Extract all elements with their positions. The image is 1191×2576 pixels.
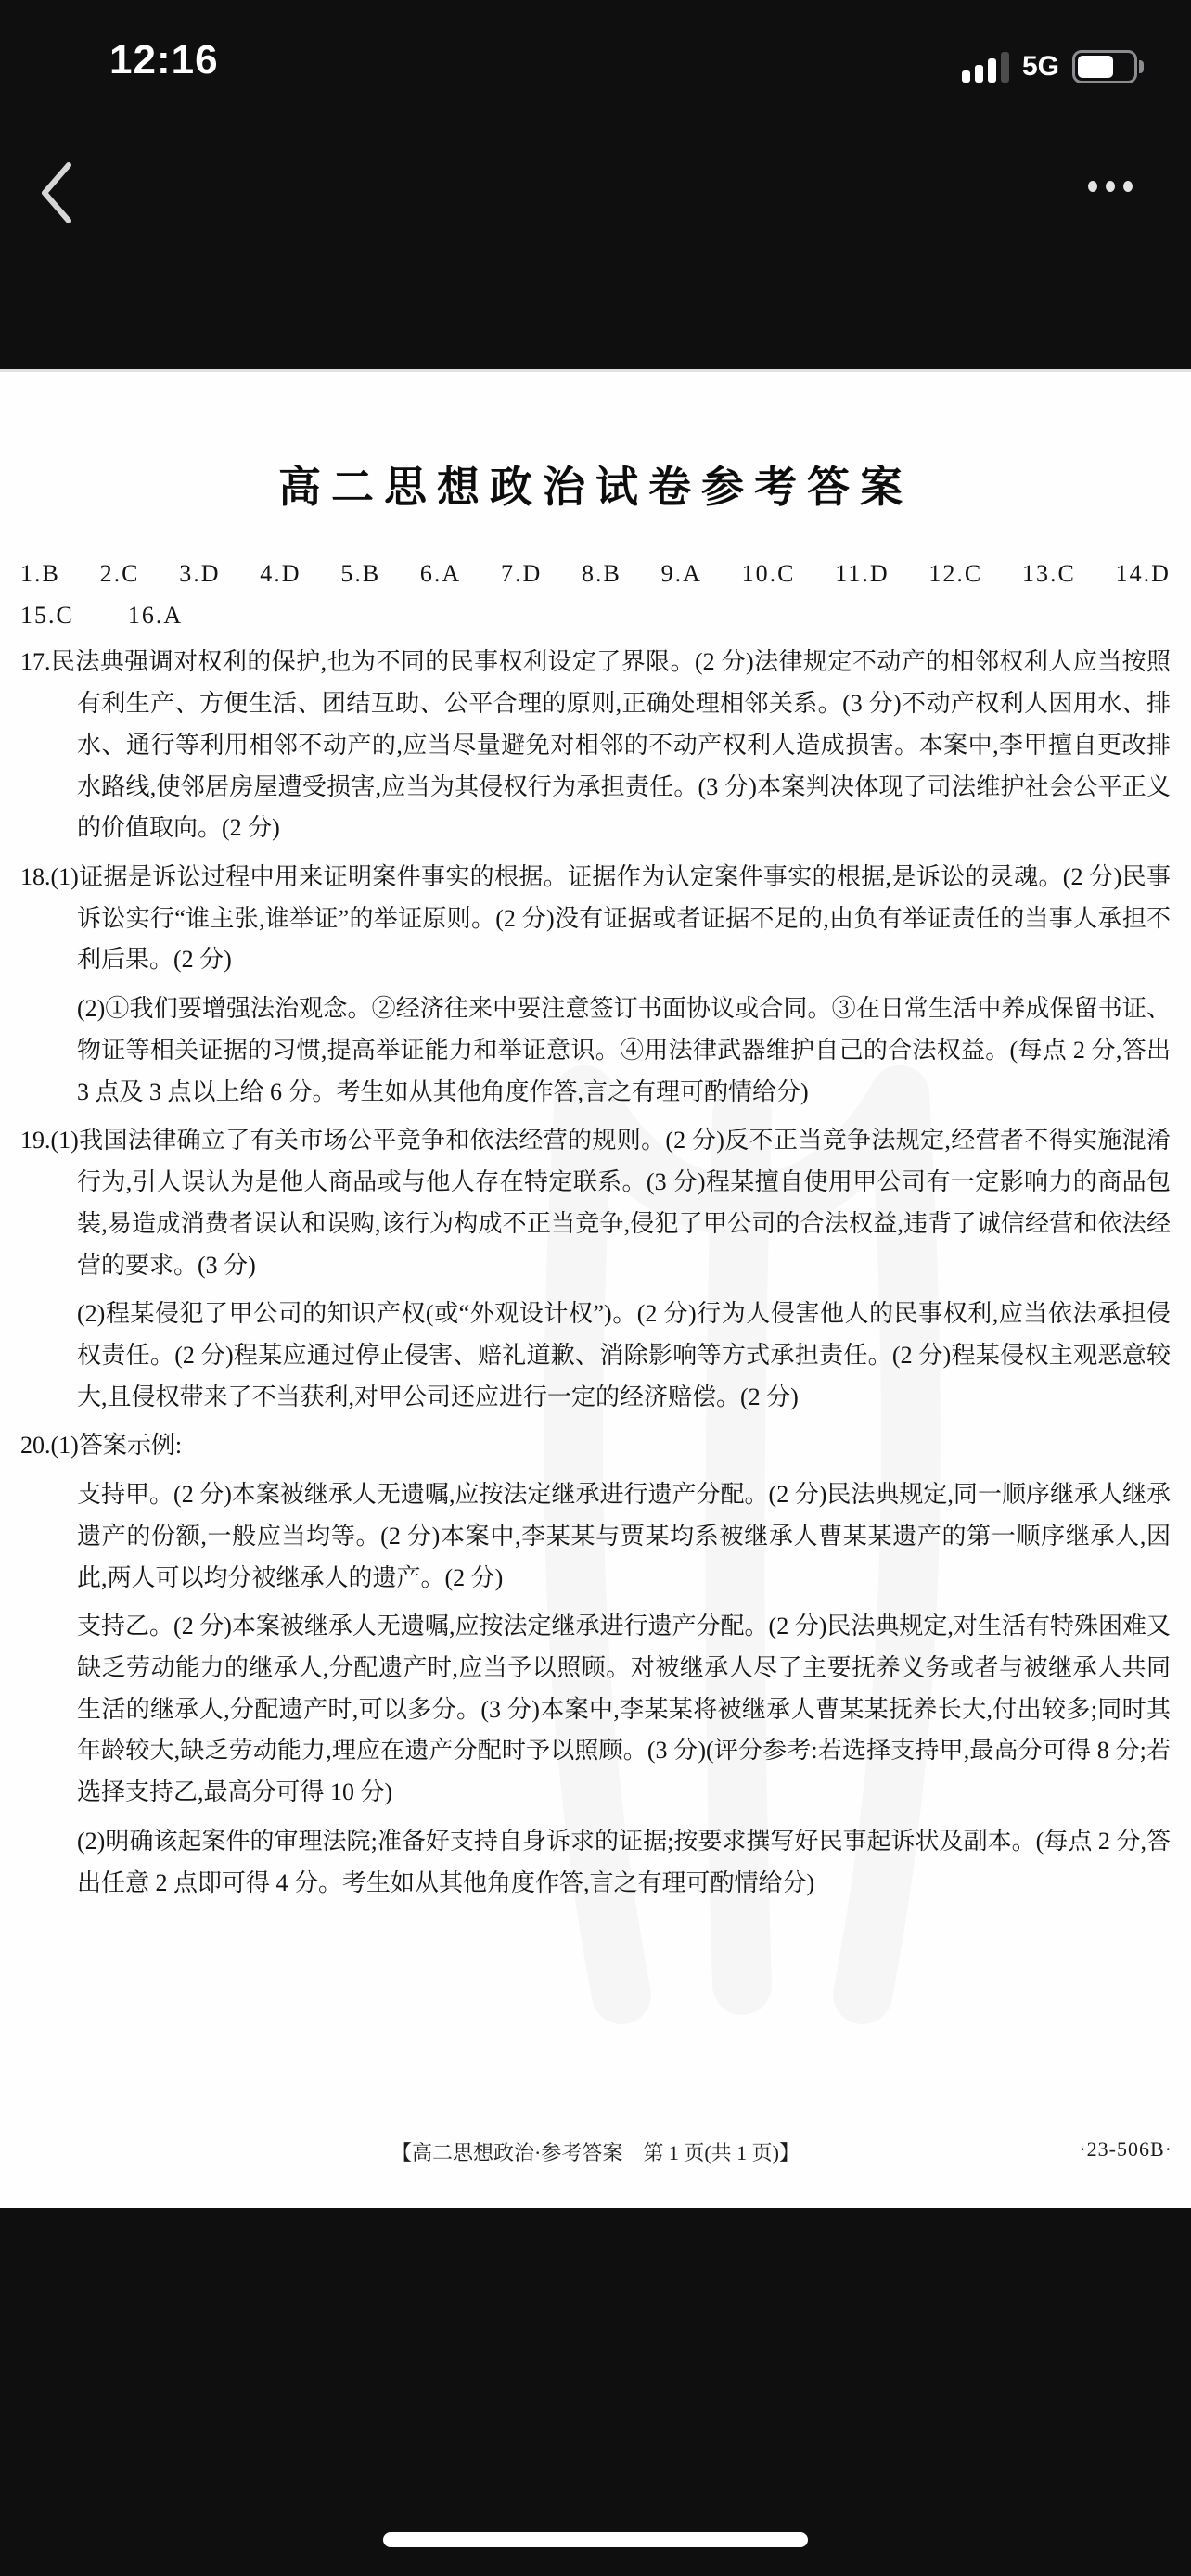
phone-screen: { "colors": { "chrome_bg": "#0f0f0f", "p… [0,0,1191,2576]
chevron-left-icon [35,213,80,227]
choice-answers-row: 1.B2.C3.D4.D5.B6.A7.D8.B9.A10.C11.D12.C1… [20,554,1171,595]
back-button[interactable] [35,161,80,224]
choice-answer: 15.C [20,595,74,637]
choice-answer: 8.B [582,554,621,595]
answer-paragraphs: 17.民法典强调对权利的保护,也为不同的民事权利设定了界限。(2 分)法律规定不… [20,642,1171,1904]
choice-answer: 7.D [501,554,542,595]
choice-answer: 4.D [260,554,301,595]
answer-paragraph: (2)明确该起案件的审理法院;准备好支持自身诉求的证据;按要求撰写好民事起诉状及… [77,1821,1171,1904]
answer-paragraph: 支持乙。(2 分)本案被继承人无遗嘱,应按法定继承进行遗产分配。(2 分)民法典… [77,1606,1171,1814]
answer-paragraph: 19.(1)我国法律确立了有关市场公平竞争和依法经营的规则。(2 分)反不正当竞… [77,1120,1171,1286]
choice-answer: 16.A [128,595,183,637]
document-content: 高二思想政治试卷参考答案 1.B2.C3.D4.D5.B6.A7.D8.B9.A… [0,453,1191,1904]
clock: 12:16 [109,37,219,83]
choice-answer: 1.B [20,554,60,595]
document-page-viewer[interactable]: 高二思想政治试卷参考答案 1.B2.C3.D4.D5.B6.A7.D8.B9.A… [0,369,1191,2208]
cellular-signal-icon [962,51,1009,83]
choice-answers-row: 15.C16.A [20,595,1171,637]
choice-answer: 9.A [661,554,702,595]
choice-answer: 3.D [179,554,220,595]
answer-paragraph: 17.民法典强调对权利的保护,也为不同的民事权利设定了界限。(2 分)法律规定不… [77,642,1171,849]
choice-answer: 2.C [100,554,140,595]
footer-code: ·23-506B· [1079,2137,1172,2162]
home-indicator[interactable] [383,2532,808,2547]
choice-answer: 12.C [928,554,982,595]
more-options-button[interactable] [1078,172,1143,200]
status-icons: 5G [962,48,1137,85]
answer-paragraph: 18.(1)证据是诉讼过程中用来证明案件事实的根据。证据作为认定案件事实的根据,… [77,857,1171,981]
choice-answer: 14.D [1116,554,1171,595]
network-type-label: 5G [1022,51,1059,83]
choice-answer: 5.B [340,554,380,595]
page-footer: 【高二思想政治·参考答案 第 1 页(共 1 页)】 ·23-506B· [0,2137,1191,2169]
answer-paragraph: (2)①我们要增强法治观念。②经济往来中要注意签订书面协议或合同。③在日常生活中… [77,988,1171,1113]
footer-page-label: 【高二思想政治·参考答案 第 1 页(共 1 页)】 [0,2137,1191,2166]
choice-answer: 13.C [1022,554,1076,595]
battery-icon [1072,50,1137,83]
answer-key: 1.B2.C3.D4.D5.B6.A7.D8.B9.A10.C11.D12.C1… [20,554,1171,1904]
answer-paragraph: (2)程某侵犯了甲公司的知识产权(或“外观设计权”)。(2 分)行为人侵害他人的… [77,1294,1171,1418]
choice-answer: 6.A [420,554,461,595]
ellipsis-icon [1088,181,1133,192]
answer-paragraph: 20.(1)答案示例: [77,1425,1171,1467]
page-title: 高二思想政治试卷参考答案 [20,453,1171,515]
status-bar: 12:16 5G [0,0,1191,121]
answer-paragraph: 支持甲。(2 分)本案被继承人无遗嘱,应按法定继承进行遗产分配。(2 分)民法典… [77,1474,1171,1599]
choice-answer: 10.C [742,554,796,595]
choice-answer: 11.D [835,554,889,595]
nav-bar [0,139,1191,269]
